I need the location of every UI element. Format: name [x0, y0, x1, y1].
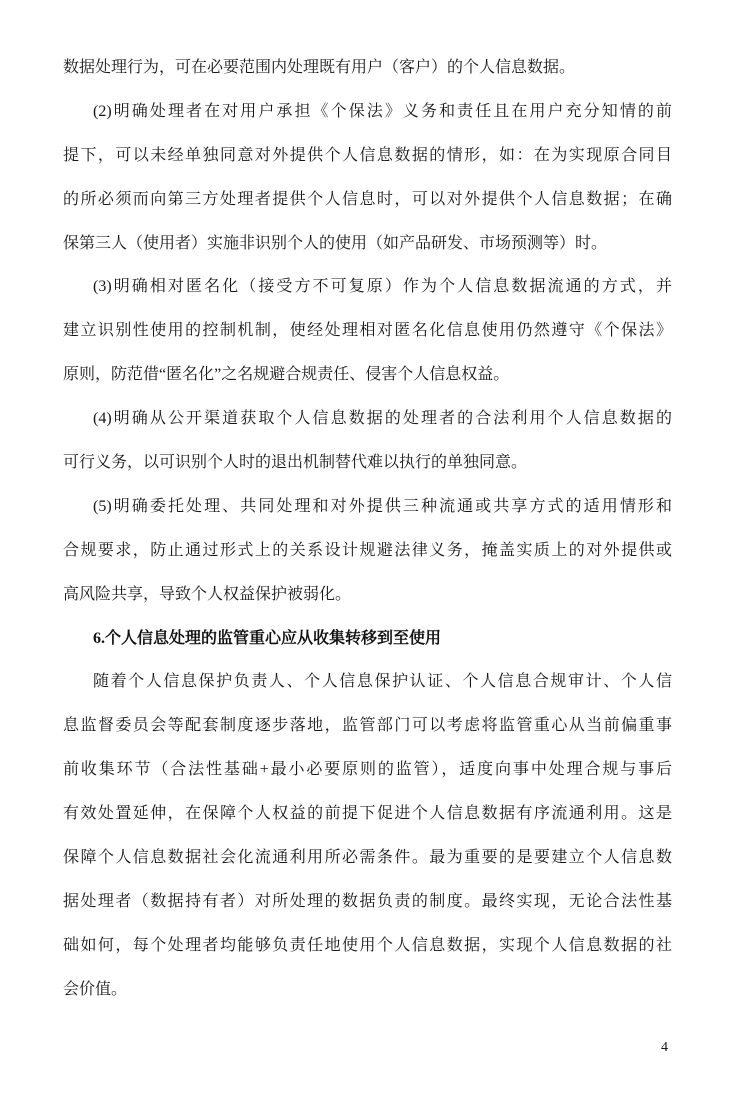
page-footer: 4: [63, 1038, 672, 1058]
text-line: 随着个人信息保护负责人、个人信息保护认证、个人信息合规审计、个人信: [63, 660, 672, 704]
paragraph: (3)明确相对匿名化（接受方不可复原）作为个人信息数据流通的方式，并建立识别性使…: [63, 265, 672, 397]
page-number: 4: [661, 1040, 668, 1055]
paragraph: (4)明确从公开渠道获取个人信息数据的处理者的合法利用个人信息数据的可行义务，以…: [63, 397, 672, 485]
text-line: 数据处理行为，可在必要范围内处理既有用户（客户）的个人信息数据。: [63, 46, 672, 90]
paragraph: 数据处理行为，可在必要范围内处理既有用户（客户）的个人信息数据。: [63, 46, 672, 90]
text-line: 的所必须而向第三方处理者提供个人信息时，可以对外提供个人信息数据；在确: [63, 178, 672, 222]
document-body: 数据处理行为，可在必要范围内处理既有用户（客户）的个人信息数据。(2)明确处理者…: [63, 46, 672, 1012]
text-line: 础如何，每个处理者均能够负责任地使用个人信息数据，实现个人信息数据的社: [63, 924, 672, 968]
text-line: 合规要求，防止通过形式上的关系设计规避法律义务，掩盖实质上的对外提供或: [63, 529, 672, 573]
paragraph: 随着个人信息保护负责人、个人信息保护认证、个人信息合规审计、个人信息监督委员会等…: [63, 660, 672, 1011]
section-heading: 6.个人信息处理的监管重心应从收集转移到至使用: [63, 617, 672, 661]
text-line: (3)明确相对匿名化（接受方不可复原）作为个人信息数据流通的方式，并: [63, 265, 672, 309]
text-line: 可行义务，以可识别个人时的退出机制替代难以执行的单独同意。: [63, 441, 672, 485]
text-line: 保障个人信息数据社会化流通利用所必需条件。最为重要的是要建立个人信息数: [63, 836, 672, 880]
text-line: 会价值。: [63, 968, 672, 1012]
paragraph: (5)明确委托处理、共同处理和对外提供三种流通或共享方式的适用情形和合规要求，防…: [63, 485, 672, 617]
text-line: 息监督委员会等配套制度逐步落地，监管部门可以考虑将监管重心从当前偏重事: [63, 704, 672, 748]
text-line: 原则，防范借“匿名化”之名规避合规责任、侵害个人信息权益。: [63, 353, 672, 397]
text-line: 建立识别性使用的控制机制，使经处理相对匿名化信息使用仍然遵守《个保法》: [63, 309, 672, 353]
text-line: 有效处置延伸，在保障个人权益的前提下促进个人信息数据有序流通利用。这是: [63, 792, 672, 836]
text-line: 前收集环节（合法性基础+最小必要原则的监管），适度向事中处理合规与事后: [63, 748, 672, 792]
document-page: 数据处理行为，可在必要范围内处理既有用户（客户）的个人信息数据。(2)明确处理者…: [0, 0, 735, 1097]
heading-line: 6.个人信息处理的监管重心应从收集转移到至使用: [63, 617, 672, 661]
paragraph: (2)明确处理者在对用户承担《个保法》义务和责任且在用户充分知情的前提下，可以未…: [63, 90, 672, 266]
text-line: 保第三人（使用者）实施非识别个人的使用（如产品研发、市场预测等）时。: [63, 222, 672, 266]
text-line: 据处理者（数据持有者）对所处理的数据负责的制度。最终实现，无论合法性基: [63, 880, 672, 924]
text-line: (5)明确委托处理、共同处理和对外提供三种流通或共享方式的适用情形和: [63, 485, 672, 529]
text-line: 高风险共享，导致个人权益保护被弱化。: [63, 573, 672, 617]
text-line: (4)明确从公开渠道获取个人信息数据的处理者的合法利用个人信息数据的: [63, 397, 672, 441]
text-line: 提下，可以未经单独同意对外提供个人信息数据的情形，如：在为实现原合同目: [63, 134, 672, 178]
text-line: (2)明确处理者在对用户承担《个保法》义务和责任且在用户充分知情的前: [63, 90, 672, 134]
